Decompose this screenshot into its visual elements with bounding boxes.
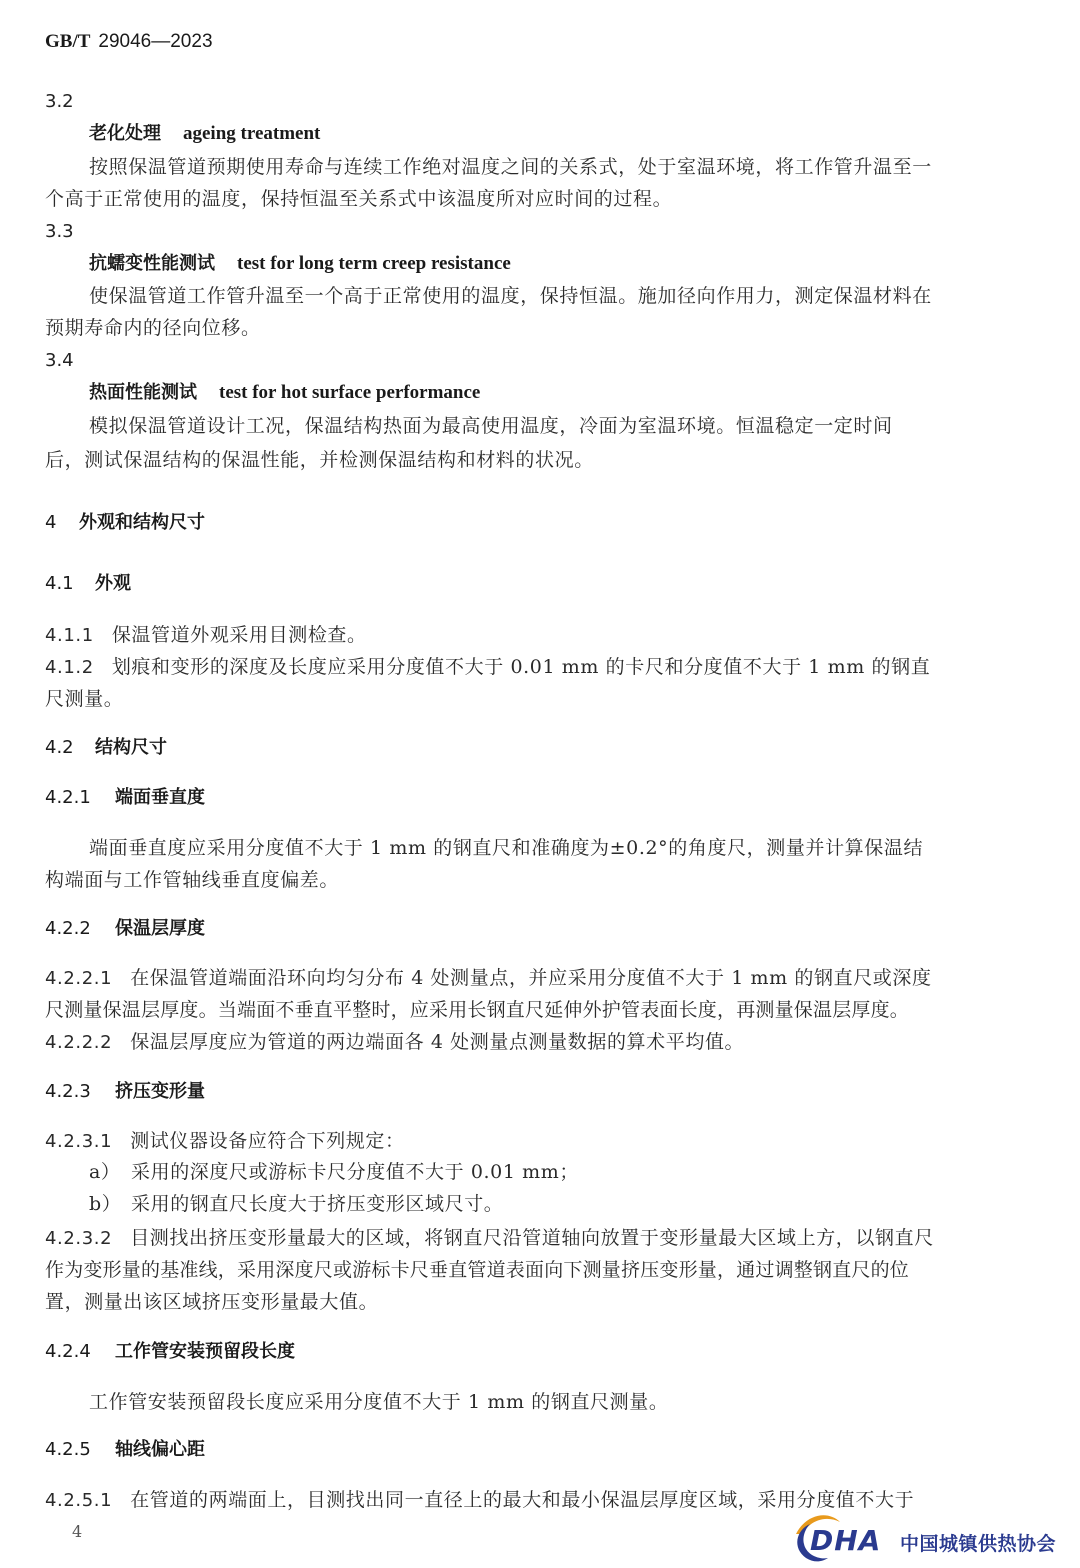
heading-number: 4.2.3 <box>45 1080 115 1104</box>
subsection-heading-4-2-2: 4.2.2保温层厚度 <box>45 917 205 941</box>
paragraph-line: 尺测量。 <box>45 687 123 711</box>
clause-number: 4.2.3.1 <box>45 1130 112 1154</box>
clause-text: 保温管道外观采用目测检查。 <box>112 624 367 646</box>
heading-title: 轴线偏心距 <box>115 1439 205 1460</box>
term-en: ageing treatment <box>183 123 320 144</box>
term-cn: 老化处理 <box>89 123 161 144</box>
clause-number: 4.2.2.2 <box>45 1031 112 1055</box>
heading-number: 4.2.5 <box>45 1438 115 1462</box>
paragraph-line: 后，测试保温结构的保温性能，并检测保温结构和材料的状况。 <box>45 448 594 472</box>
subsection-heading-4-2-1: 4.2.1端面垂直度 <box>45 786 205 810</box>
heading-number: 4.2 <box>45 736 95 760</box>
clause-4-2-2-2: 4.2.2.2保温层厚度应为管道的两边端面各 4 处测量点测量数据的算术平均值。 <box>45 1030 744 1055</box>
logo-organization-name: 中国城镇供热协会 <box>900 1529 1056 1556</box>
term-en: test for hot surface performance <box>219 382 480 403</box>
heading-title: 挤压变形量 <box>115 1081 205 1102</box>
clause-number: 4.2.5.1 <box>45 1489 112 1513</box>
subsection-heading-4-2-5: 4.2.5轴线偏心距 <box>45 1438 205 1462</box>
clause-number-3-4: 3.4 <box>45 349 74 373</box>
clause-4-2-3-2: 4.2.3.2目测找出挤压变形量最大的区域，将钢直尺沿管道轴向放置于变形量最大区… <box>45 1226 934 1251</box>
clause-number: 4.1.2 <box>45 656 94 680</box>
term-en: test for long term creep resistance <box>237 253 511 274</box>
heading-number: 4.1 <box>45 572 95 596</box>
list-text: 采用的钢直尺长度大于挤压变形区域尺寸。 <box>131 1193 503 1215</box>
clause-4-2-5-1: 4.2.5.1在管道的两端面上，目测找出同一直径上的最大和最小保温层厚度区域，采… <box>45 1488 914 1513</box>
clause-number-3-3: 3.3 <box>45 220 74 244</box>
list-text: 采用的深度尺或游标卡尺分度值不大于 0.01 mm； <box>131 1161 579 1183</box>
term-title-3-3: 抗蠕变性能测试test for long term creep resistan… <box>89 252 511 276</box>
paragraph-line: 使保温管道工作管升温至一个高于正常使用的温度，保持恒温。施加径向作用力，测定保温… <box>89 284 932 308</box>
clause-4-2-3-1: 4.2.3.1测试仪器设备应符合下列规定： <box>45 1129 405 1154</box>
list-item-b: b）采用的钢直尺长度大于挤压变形区域尺寸。 <box>89 1192 503 1216</box>
standard-header: GB/T29046—2023 <box>45 30 213 53</box>
clause-number-3-2: 3.2 <box>45 90 74 114</box>
term-cn: 热面性能测试 <box>89 382 197 403</box>
clause-text: 目测找出挤压变形量最大的区域，将钢直尺沿管道轴向放置于变形量最大区域上方，以钢直… <box>130 1227 934 1249</box>
list-marker: b） <box>89 1192 131 1216</box>
list-marker: a） <box>89 1160 131 1184</box>
logo-abbreviation: DHA <box>810 1524 881 1557</box>
section-heading-4-1: 4.1外观 <box>45 572 131 596</box>
list-item-a: a）采用的深度尺或游标卡尺分度值不大于 0.01 mm； <box>89 1160 579 1184</box>
clause-4-2-2-1: 4.2.2.1在保温管道端面沿环向均匀分布 4 处测量点，并应采用分度值不大于 … <box>45 966 932 991</box>
paragraph-line: 作为变形量的基准线，采用深度尺或游标卡尺垂直管道表面向下测量挤压变形量，通过调整… <box>45 1258 909 1282</box>
dha-logo: DHA 中国城镇供热协会 <box>788 1508 1068 1560</box>
standard-prefix: GB/T <box>45 31 90 52</box>
term-title-3-2: 老化处理ageing treatment <box>89 122 320 146</box>
subsection-heading-4-2-4: 4.2.4工作管安装预留段长度 <box>45 1340 295 1364</box>
clause-text: 测试仪器设备应符合下列规定： <box>130 1130 404 1152</box>
paragraph-line: 预期寿命内的径向位移。 <box>45 316 261 340</box>
clause-number: 4.2.3.2 <box>45 1227 112 1251</box>
clause-text: 在保温管道端面沿环向均匀分布 4 处测量点，并应采用分度值不大于 1 mm 的钢… <box>130 967 931 989</box>
heading-title: 工作管安装预留段长度 <box>115 1341 295 1362</box>
paragraph-line: 按照保温管道预期使用寿命与连续工作绝对温度之间的关系式，处于室温环境，将工作管升… <box>89 155 932 179</box>
paragraph-line: 模拟保温管道设计工况，保温结构热面为最高使用温度，冷面为室温环境。恒温稳定一定时… <box>89 414 893 438</box>
heading-title: 结构尺寸 <box>95 737 167 758</box>
paragraph-line: 端面垂直度应采用分度值不大于 1 mm 的钢直尺和准确度为±0.2°的角度尺，测… <box>89 836 923 860</box>
heading-title: 外观 <box>95 573 131 594</box>
heading-number: 4.2.1 <box>45 786 115 810</box>
clause-text: 保温层厚度应为管道的两边端面各 4 处测量点测量数据的算术平均值。 <box>130 1031 744 1053</box>
heading-title: 保温层厚度 <box>115 918 205 939</box>
heading-number: 4.2.2 <box>45 917 115 941</box>
term-cn: 抗蠕变性能测试 <box>89 253 215 274</box>
clause-number: 4.1.1 <box>45 624 94 648</box>
chapter-heading-4: 4外观和结构尺寸 <box>45 511 205 535</box>
term-title-3-4: 热面性能测试test for hot surface performance <box>89 381 480 405</box>
page-number: 4 <box>72 1522 82 1541</box>
heading-title: 外观和结构尺寸 <box>79 512 205 533</box>
section-heading-4-2: 4.2结构尺寸 <box>45 736 167 760</box>
clause-4-1-1: 4.1.1保温管道外观采用目测检查。 <box>45 623 367 648</box>
subsection-heading-4-2-3: 4.2.3挤压变形量 <box>45 1080 205 1104</box>
paragraph-line: 个高于正常使用的温度，保持恒温至关系式中该温度所对应时间的过程。 <box>45 187 672 211</box>
heading-number: 4.2.4 <box>45 1340 115 1364</box>
paragraph-line: 置，测量出该区域挤压变形量最大值。 <box>45 1290 378 1314</box>
paragraph-line: 构端面与工作管轴线垂直度偏差。 <box>45 868 339 892</box>
clause-number: 4.2.2.1 <box>45 967 112 991</box>
standard-code: 29046—2023 <box>98 31 212 52</box>
clause-text: 划痕和变形的深度及长度应采用分度值不大于 0.01 mm 的卡尺和分度值不大于 … <box>112 656 931 678</box>
heading-number: 4 <box>45 511 79 535</box>
paragraph-line: 工作管安装预留段长度应采用分度值不大于 1 mm 的钢直尺测量。 <box>89 1390 668 1414</box>
heading-title: 端面垂直度 <box>115 787 205 808</box>
clause-4-1-2: 4.1.2划痕和变形的深度及长度应采用分度值不大于 0.01 mm 的卡尺和分度… <box>45 655 930 680</box>
paragraph-line: 尺测量保温层厚度。当端面不垂直平整时，应采用长钢直尺延伸外护管表面长度，再测量保… <box>45 998 909 1022</box>
